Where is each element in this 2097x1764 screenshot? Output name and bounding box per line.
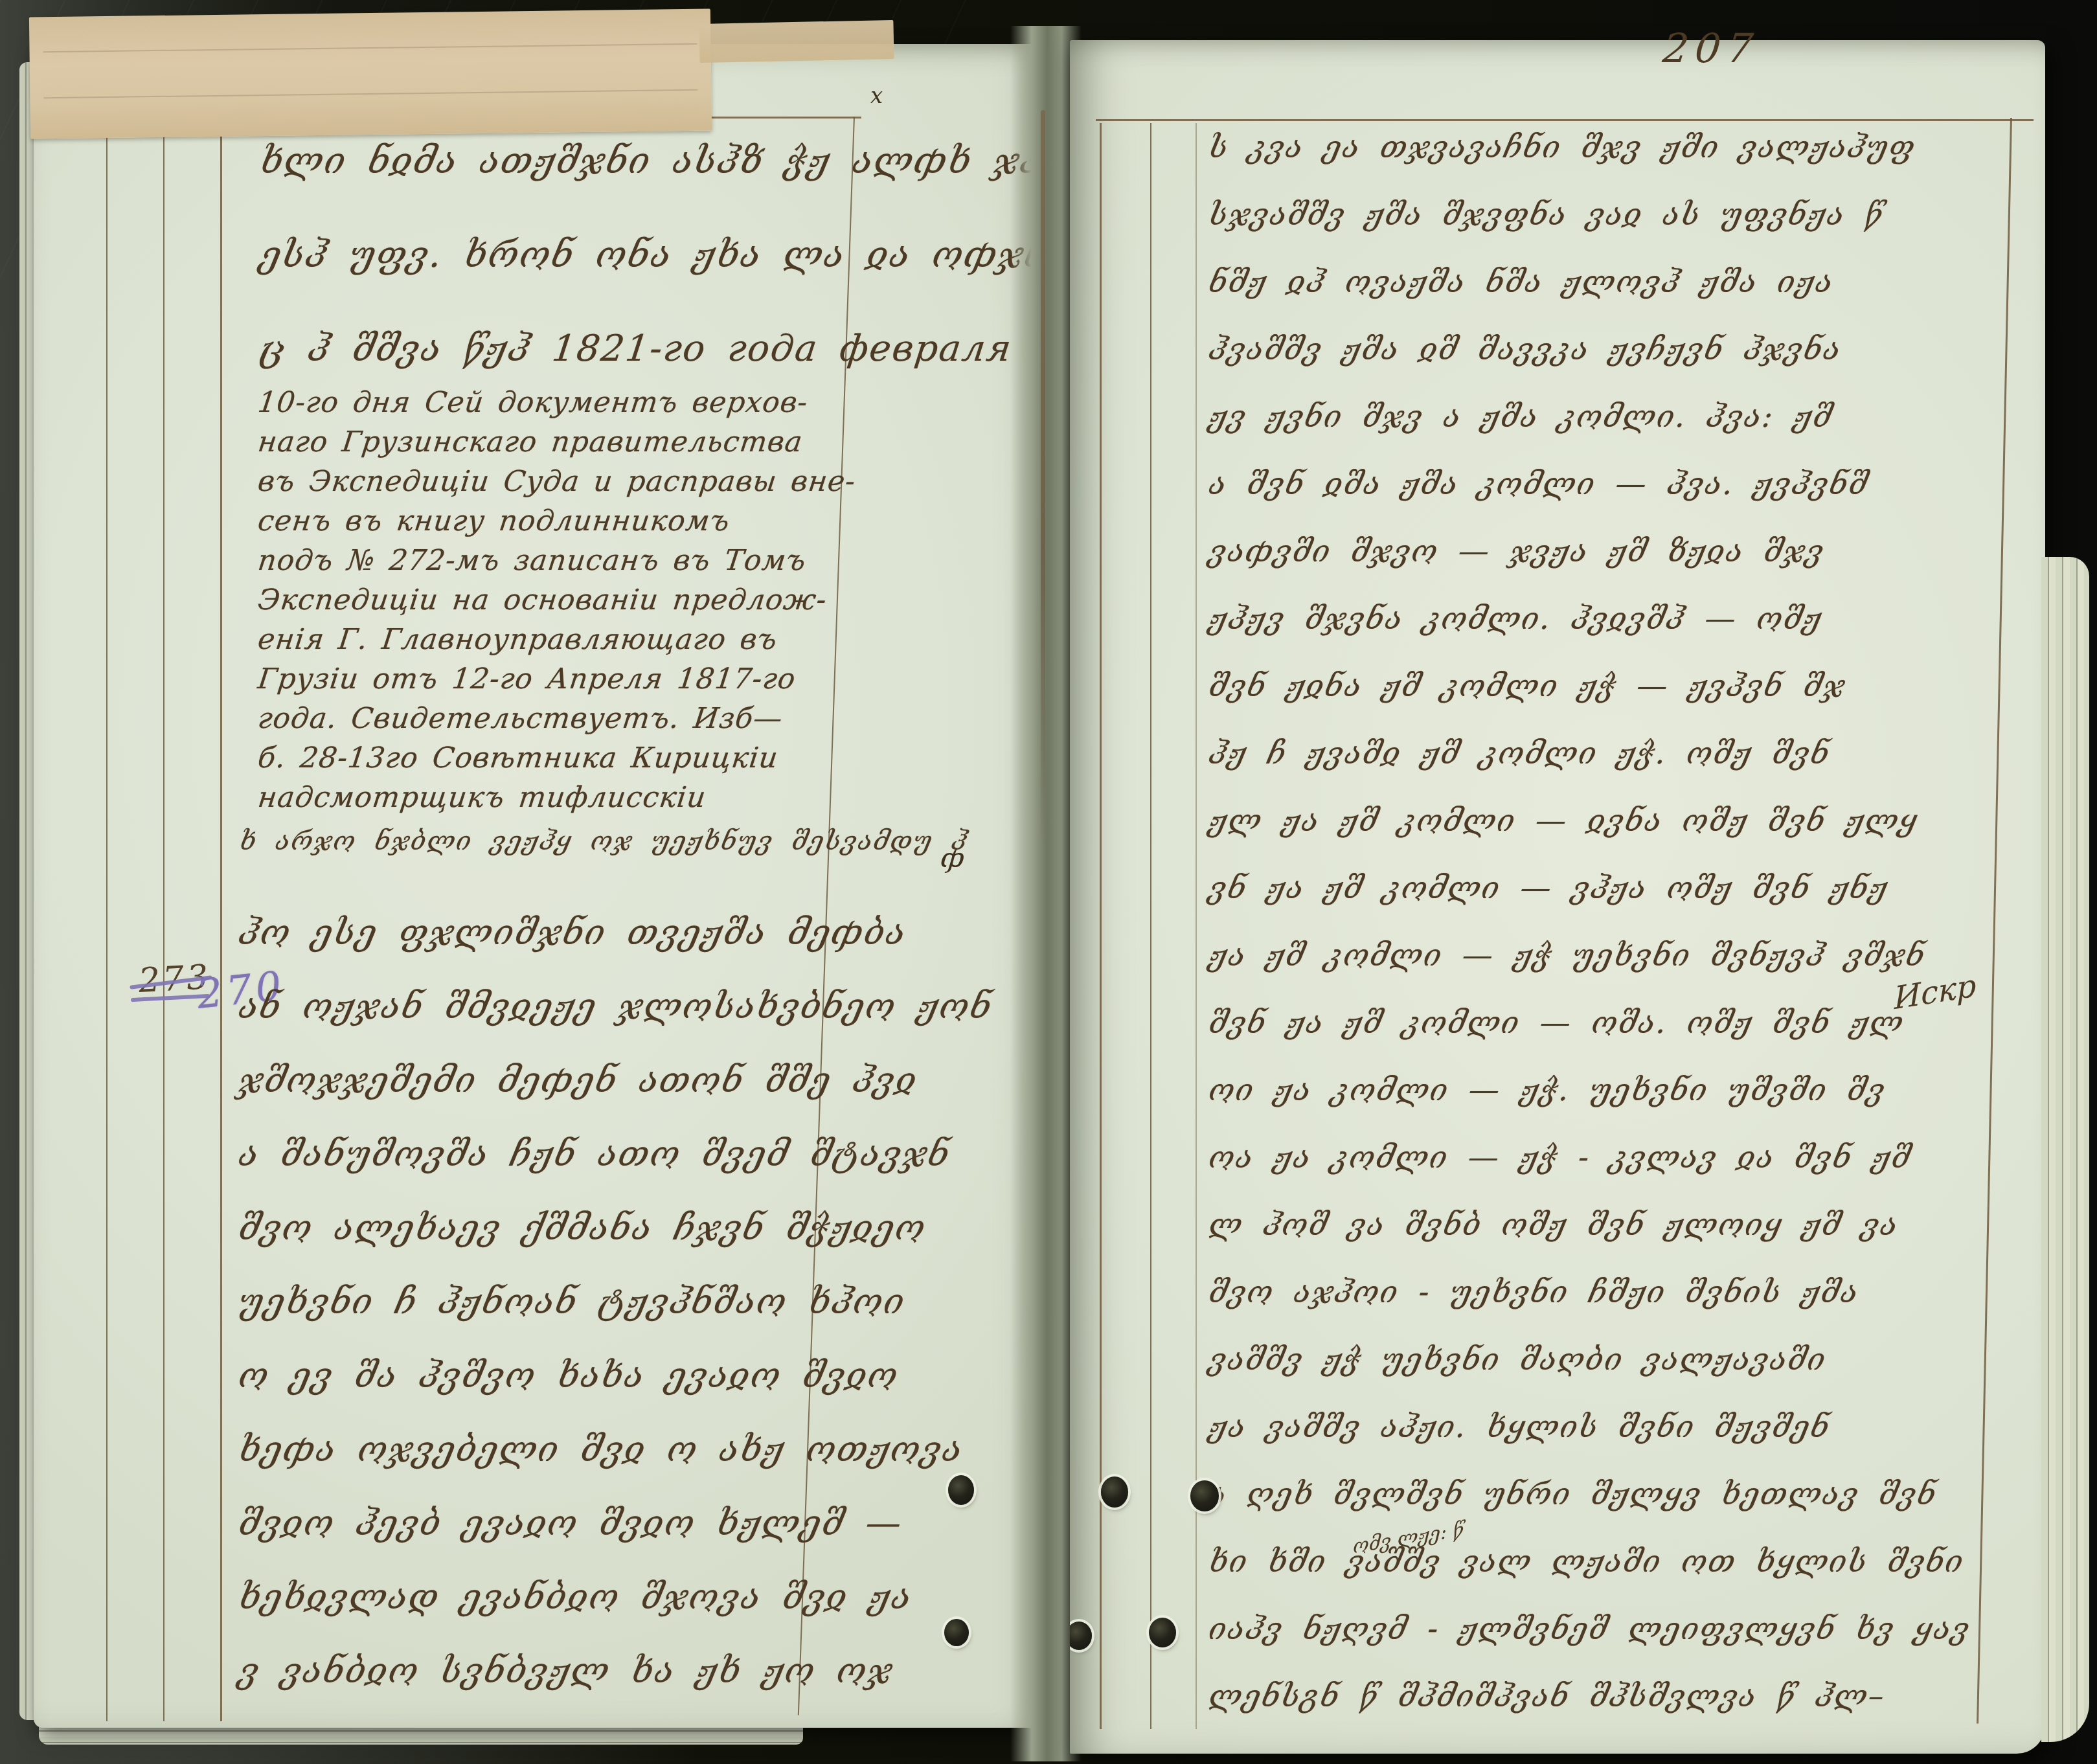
text-line: შვო აჯჰოი - უეხვნი ჩშჟი შვნის ჟშა (1203, 1274, 2041, 1342)
text-line: ს კვა ეა თჯვავაჩნი შჯვ ჟში ვალჟაჰუფ (1203, 130, 2041, 197)
text-line: года. Свидетельствуетъ. Изб— (255, 702, 1024, 741)
text-line: ჟჰჟვ შჯვნა კომლი. ჰვჲვშჰ — ოშჟ (1203, 601, 2041, 668)
binding-hole (1149, 1618, 1176, 1647)
text-line: ვნ ჟა ჟშ კომლი — ვჰჟა ოშჟ შვნ ჟნჟ (1203, 870, 2041, 938)
text-line: ვ ვანბჲო სვნბვჟლ ხა ჟხ ჟო ოჯ (232, 1650, 1025, 1724)
text-line: შვო ალეხაევ ქშმანა ჩჯვნ შჭჟჲეო (232, 1207, 1025, 1281)
georgian-text-block: ს კვა ეა თჯვავაჩნი შჯვ ჟში ვალჟაჰუფსჯვაშ… (1207, 130, 2036, 1746)
text-line: Грузіи отъ 12-го Апреля 1817-го (255, 662, 1024, 702)
text-line: ა ღეხ შვლშვნ უნრი შჟლყვ ხეთლავ შვნ (1203, 1476, 2041, 1544)
text-line: ვაჶვში შჯვო — ჯვჟა ჟშ ზჟჲა შჯვ (1203, 534, 2041, 601)
tape-strip-small (699, 20, 894, 63)
text-line: въ Экспедиціи Суда и расправы вне- (255, 465, 1024, 504)
text-line: ჰო ესე ფჯლიშჯნი თვეჟშა მეჶბა (232, 912, 1025, 986)
text-line: ლ ჰოშ ვა შვნბ ოშჟ შვნ ჟლოიყ ჟშ ვა (1203, 1207, 2041, 1274)
text-line: სჯვაშშვ ჟშა შჯვფნა ვაჲ ას უფვნჟა წ (1203, 197, 2041, 264)
text-line: ჟლ ჟა ჟშ კომლი — ჲვნა ოშჟ შვნ ჟლყ (1203, 803, 2041, 870)
text-line: енія Г. Главноуправляющаго въ (255, 623, 1024, 662)
page-edge-stack-bottom-left (39, 1725, 803, 1745)
text-line: ჟვ ჟვნი შჯვ ა ჟშა კომლი. ჰვა: ჟშ (1203, 399, 2041, 466)
text-line: უეხვნი ჩ ჰჟნოან ტჟვჰნშაო ხჰოი (232, 1281, 1025, 1355)
stray-georgian-mark: ჶ (940, 842, 965, 874)
text-line: ან ოჟჯან შმვჲეჟე ჯლოსახვბნეო ჟონ (232, 986, 1025, 1059)
right-page: ს კვა ეა თჯვავაჩნი შჯვ ჟში ვალჟაჰუფსჯვაშ… (1070, 40, 2045, 1754)
text-line: შვნ ჟჲნა ჟშ კომლი ჟჭ — ჟვჰვნ შჯ (1203, 668, 2041, 736)
text-line: б. 28-13го Совѣтника Кирицкіи (255, 741, 1024, 781)
binding-hole (948, 1475, 974, 1505)
text-line: надсмотрщикъ тифлисскіи (255, 781, 1024, 820)
text-line: ხეხჲვლად ევანბჲო შჯოვა შვჲ ჟა (232, 1576, 1025, 1650)
binding-hole (1070, 1622, 1092, 1650)
text-line: შვნ ჟა ჟშ კომლი — ოშა. ოშჟ შვნ ჟლ (1203, 1005, 2041, 1072)
top-rule-right-page (1096, 119, 2034, 121)
page-edge-stack-right (2041, 557, 2089, 1742)
tape-rule-line (43, 89, 697, 98)
text-line: ხი ხში ვაშშვ ვალ ლჟაში ოთ ხყლის შვნი (1203, 1544, 2041, 1611)
text-line: შვჲო ჰევბ ევაჲო შვჲო ხჟლეშ — (232, 1502, 1025, 1576)
left-page: x ხლი ნჲმა ათჟშჯნი ასჰზ ჭჟ ალჶხ ჯჰ —ესჰ … (34, 44, 1049, 1728)
text-line: Экспедиціи на основаніи предлож- (255, 583, 1024, 623)
text-line: наго Грузинскаго правительства (255, 425, 1024, 465)
text-line: ჰჟ ჩ ჟვაშჲ ჟშ კომლი ჟჭ. ოშჟ შვნ (1203, 736, 2041, 803)
margin-rule (1150, 123, 1151, 1729)
page-edge-stack-bottom-right (1101, 1748, 2053, 1763)
text-line: ჰვაშშვ ჟშა ჲშ შავვკა ჟვჩჟვნ ჰჯვნა (1203, 332, 2041, 399)
binding-hole (1190, 1480, 1219, 1511)
scanned-manuscript-spread: x ხლი ნჲმა ათჟშჯნი ასჰზ ჭჟ ალჶხ ჯჰ —ესჰ … (0, 0, 2097, 1764)
tape-strip (29, 9, 712, 139)
margin-rule (163, 122, 164, 1721)
georgian-text-block-top: ხლი ნჲმა ათჟშჯნი ასჰზ ჭჟ ალჶხ ჯჰ —ესჰ უფ… (257, 140, 1021, 422)
text-line: ნშჟ ჲჰ ოვაჟშა ნშა ჟლოვჰ ჟშა იჟა (1203, 264, 2041, 332)
georgian-text-block-lower: ჰო ესე ფჯლიშჯნი თვეჟშა მეჶბაან ოჟჯან შმვ… (237, 912, 1021, 1724)
georgian-small-line: ხ არჯო ნჯბლი ვეჟჰყ ოჯ უეჟხნუვ შესვამდუ ჰ (238, 826, 969, 856)
text-line: ჟა ვაშშვ აჰჟი. ხყლის შვნი შჟვშენ (1203, 1409, 2041, 1476)
margin-rule (106, 122, 108, 1721)
text-line: ესჰ უფვ. ხრონ ონა ჟხა ლა ჲა ოჶჯნ (251, 234, 1027, 328)
ink-x-mark: x (870, 83, 883, 109)
text-line: ა შვნ ჲშა ჟშა კომლი — ჰვა. ჟვჰვნშ (1203, 466, 2041, 534)
text-line: ო ევ შა ჰვშვო ხახა ევაჲო შვჲო (232, 1355, 1025, 1429)
russian-attestation-block: 10-го дня Сей документъ верхов-наго Груз… (258, 386, 1022, 820)
text-line: ოა ჟა კომლი — ჟჭ - კვლავ ჲა შვნ ჟშ (1203, 1140, 2041, 1207)
page-number: 207 (1661, 25, 1762, 72)
text-line: ხეჶა ოჯვებელი შვჲ ო ახჟ ოთჟოვა (232, 1429, 1025, 1502)
text-line: ლენსგნ წ შჰმიშჰვან შჰსშვლვა წ ჰლ– (1203, 1679, 2041, 1746)
binding-hole (944, 1619, 969, 1646)
text-line: ა შანუშოვშა ჩჟნ ათო შვემ შტავჯნ (232, 1133, 1025, 1207)
text-line: ვაშშვ ჟჭ უეხვნი შაღბი ვალჟავაში (1203, 1342, 2041, 1409)
text-line: იაჰვ ნჟღვმ - ჟლშვნეშ ლეიფვლყვნ ხვ ყავ (1203, 1611, 2041, 1679)
margin-rule (220, 122, 222, 1721)
text-line: 10-го дня Сей документъ верхов- (255, 386, 1024, 425)
text-line: ხლი ნჲმა ათჟშჯნი ასჰზ ჭჟ ალჶხ ჯჰ — (251, 140, 1027, 234)
tape-rule-line (43, 43, 697, 52)
text-line: сенъ въ книгу подлинникомъ (255, 504, 1024, 544)
text-line: ოი ჟა კომლი — ჟჭ. უეხვნი უშვში შვ (1203, 1072, 2041, 1140)
gutter-stitch-seam (1041, 110, 1045, 855)
binding-hole (1101, 1476, 1128, 1508)
text-line: ჯშოჯჯეშემი მეჶენ ათონ შშე ჰვჲ (232, 1059, 1025, 1133)
text-line: подъ № 272-мъ записанъ въ Томъ (255, 544, 1024, 583)
